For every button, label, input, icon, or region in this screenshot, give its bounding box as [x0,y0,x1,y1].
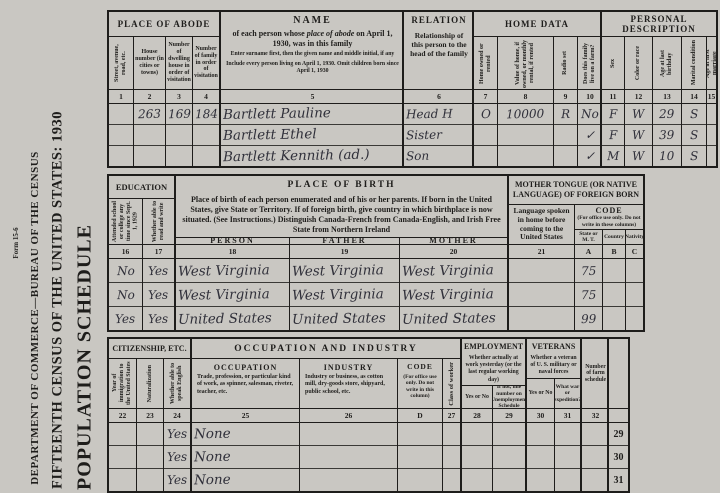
attended-school-header: Attended school or college any time sinc… [112,200,140,242]
attended-school-cell: Yes [109,306,142,330]
name-header: NAME of each person whose place of abode… [221,12,404,89]
race-cell: W [625,145,652,166]
farm-cell: ✓ [578,145,602,166]
col-language: Language spoken in home before coming to… [509,205,574,330]
col-number-16: 16 [109,244,142,259]
marital-cell: S [682,145,706,166]
education-title: EDUCATION [109,176,174,199]
occupation-cell: None [192,445,299,468]
col-number-3: 3 [166,89,192,104]
relation-cell: Head H [404,104,474,124]
dwelling-number-header: Number of dwelling house in order of vis… [166,37,192,89]
col-number-6: 6 [404,89,474,104]
read-write-header: Whether able to read and write [152,200,166,242]
radio-cell [554,145,577,166]
occupation-industry-title: OCCUPATION AND INDUSTRY [192,339,460,359]
code-b-cell [603,306,625,330]
age-cell: 39 [653,124,681,145]
col-letter-d: D [398,408,442,423]
line-number-spacer [609,408,628,423]
name-title: NAME [225,15,400,26]
war-expedition-header: What war or expedition? [555,379,580,408]
place-of-birth-desc: Place of birth of each person enumerated… [176,193,507,238]
birth-mother-cell: West Virginia [400,259,507,282]
citizenship-title: CITIZENSHIP, ETC. [109,339,190,359]
col-number-2: 2 [134,89,165,104]
speak-english-cell: Yes [164,423,190,445]
col-number-10: 10 [578,89,602,104]
speak-english-cell: Yes [164,468,190,491]
section-abode-name: PLACE OF ABODE Street, avenue, road, etc… [107,10,718,168]
age-first-marriage-cell [707,104,716,124]
group-place-of-birth: PLACE OF BIRTH Place of birth of each pe… [174,176,507,330]
col-number-31: 31 [555,408,580,423]
col-code-state: State or M. T. A 75 75 99 [575,230,602,330]
veteran-cell [527,445,554,468]
schedule-title: POPULATION SCHEDULE [74,224,97,490]
col-number-29: 29 [493,408,525,423]
farm-schedule-cell [582,423,609,445]
house-number-header: House number (in cities or towns) [134,37,165,89]
col-number-27: 27 [443,408,460,423]
speak-english-cell: Yes [164,445,190,468]
street-cell [109,124,133,145]
col-number-14: 14 [682,89,706,104]
col-age: Age at last birthday 13 29 39 10 [652,37,681,166]
code-title: CODE [577,206,641,215]
col-class-of-worker: Class of worker 27 [442,359,460,491]
col-unemployment-line: If not, line number on Unemployment Sche… [492,386,525,491]
farm-schedule-header: Number of farm schedule [582,339,609,408]
col-number-18: 18 [176,244,289,259]
naturalization-cell [137,445,163,468]
col-immigration-year: Year of immigration to the United States… [109,359,136,491]
col-read-write: Whether able to read and write 17 Yes Ye… [142,199,174,330]
street-cell [109,104,133,124]
group-education: EDUCATION Attended school or college any… [109,176,174,330]
col-color-race: Color or race 12 W W W [624,37,652,166]
col-number-17: 17 [143,244,174,259]
industry-cell [300,468,397,491]
unemployment-line-cell [493,445,525,468]
mother-tongue-title: MOTHER TONGUE (OR NATIVE LANGUAGE) OF FO… [509,176,643,205]
col-code-country: Country B [602,230,625,330]
col-speak-english: Whether able to speak English 24 Yes Yes… [163,359,190,491]
birth-person-cell: United States [176,306,289,330]
col-number-12: 12 [625,89,652,104]
name-cell: Bartlett Ethel [221,124,404,145]
col-letter-a: A [575,244,602,259]
at-work-cell [462,468,492,491]
code-note: (For office use only. Do not write in th… [577,215,641,228]
age-cell: 29 [653,104,681,124]
col-number-28: 28 [462,408,492,423]
home-value-cell [498,145,553,166]
farm-cell: ✓ [578,124,602,145]
name-desc-omit: Include every person living on April 1, … [225,61,400,75]
col-home-owned: Home owned or rented 7 O [474,37,497,166]
col-number-5: 5 [221,89,404,104]
col-war-expedition: What war or expedition? 31 [554,379,580,491]
farm-schedule-cell [582,445,609,468]
group-home-data: HOME DATA Home owned or rented 7 O Value… [472,12,600,166]
code-subgroup: CODE (For office use only. Do not write … [574,205,643,330]
group-citizenship: CITIZENSHIP, ETC. Year of immigration to… [109,339,190,491]
farm-header: Does this family live on a farm? [583,39,597,88]
group-mother-tongue: MOTHER TONGUE (OR NATIVE LANGUAGE) OF FO… [507,176,643,330]
home-owned-cell: O [474,104,497,124]
birth-person-cell: West Virginia [176,259,289,282]
at-work-cell [462,445,492,468]
col-attended-school: Attended school or college any time sinc… [109,199,142,330]
immigration-year-header: Year of immigration to the United States [112,360,133,406]
group-personal-description: PERSONAL DESCRIPTION Sex 11 F F M Color … [600,12,716,166]
group-place-of-abode: PLACE OF ABODE Street, avenue, road, etc… [109,12,219,166]
veteran-cell [527,423,554,445]
section-birth: EDUCATION Attended school or college any… [107,174,645,332]
col-number-1: 1 [109,89,133,104]
col-age-first-marriage: Age at first marriage 15 [706,37,716,166]
group-farm-schedule: Number of farm schedule 32 [580,339,607,491]
code-c-cell [626,282,643,306]
col-number-26: 26 [300,408,397,423]
birth-father-cell: United States [290,306,399,330]
col-number-11: 11 [602,89,624,104]
group-line-numbers: 29 30 31 [607,339,628,491]
home-value-cell [498,124,553,145]
col-dwelling-number: Number of dwelling house in order of vis… [165,37,192,166]
relation-header: RELATION Relationship of this person to … [404,12,474,89]
veteran-header: Yes or No [527,379,554,408]
class-of-worker-header: Class of worker [448,362,455,406]
naturalization-cell [137,423,163,445]
naturalization-header: Naturalization [147,365,154,402]
col-occupation-code: CODE (For office use only. Do not write … [397,359,442,491]
street-cell [109,145,133,166]
col-number-20: 20 [400,244,507,259]
unemployment-line-cell [493,468,525,491]
immigration-cell [109,445,136,468]
col-occupation: OCCUPATION Trade, profession, or particu… [192,359,299,491]
department-title: DEPARTMENT OF COMMERCE—BUREAU OF THE CEN… [29,151,41,485]
veterans-title: VETERANS [527,339,580,354]
place-of-birth-title: PLACE OF BIRTH [176,176,507,193]
col-number-7: 7 [474,89,497,104]
occupation-code-cell [398,468,442,491]
code-a-cell: 99 [575,306,602,330]
unemployment-line-header: If not, line number on Unemployment Sche… [493,386,525,408]
code-header: CODE (For office use only. Do not write … [575,205,643,230]
radio-cell: R [554,104,577,124]
street-header: Street, avenue, road, etc. [114,39,128,88]
code-a-cell: 75 [575,282,602,306]
line-number-header [609,339,628,408]
form-number: Form 15-6 [12,227,20,258]
occupation-code-note: (For office use only. Do not write in th… [401,374,439,400]
home-value-cell: 10000 [498,104,553,124]
war-cell [555,423,580,445]
home-owned-cell [474,145,497,166]
age-first-marriage-cell [707,124,716,145]
home-owned-header: Home owned or rented [479,39,493,88]
code-nativity-header: Nativity [626,230,643,244]
group-relation: RELATION Relationship of this person to … [402,12,472,166]
house-number-cell: 263 [134,104,165,124]
dwelling-cell: 169 [166,104,192,124]
speak-english-header: Whether able to speak English [170,360,184,406]
employment-title: EMPLOYMENT [462,339,525,354]
age-first-marriage-header: Age at first marriage [707,39,716,88]
marital-cell: S [682,104,706,124]
naturalization-cell [137,468,163,491]
col-number-22: 22 [109,408,136,423]
census-title: FIFTEENTH CENSUS OF THE UNITED STATES: 1… [50,111,67,489]
code-a-cell: 75 [575,259,602,282]
radio-set-header: Radio set [562,51,569,75]
line-number-cell: 29 [609,423,628,445]
personal-description-title: PERSONAL DESCRIPTION [602,12,716,37]
class-of-worker-cell [443,423,460,445]
class-of-worker-cell [443,445,460,468]
col-street: Street, avenue, road, etc. 1 [109,37,133,166]
section-occupation: CITIZENSHIP, ETC. Year of immigration to… [107,337,630,493]
code-state-header: State or M. T. [575,230,602,244]
at-work-header: Yes or No [462,386,492,408]
relation-cell: Son [404,145,474,166]
immigration-cell [109,468,136,491]
house-number-cell [134,124,165,145]
group-occupation-industry: OCCUPATION AND INDUSTRY OCCUPATION Trade… [190,339,460,491]
col-naturalization: Naturalization 23 [136,359,163,491]
col-number-19: 19 [290,244,399,259]
attended-school-cell: No [109,282,142,306]
family-number-cell [193,124,219,145]
employment-desc: Whether actually at work yesterday (or t… [462,354,525,386]
occupation-desc: Trade, profession, or particular kind of… [197,374,294,396]
industry-desc: Industry or business, as cotton mill, dr… [305,374,392,396]
col-radio-set: Radio set 9 R [553,37,577,166]
radio-cell [554,124,577,145]
code-b-cell [603,259,625,282]
col-veteran: Yes or No 30 [527,379,554,491]
house-number-cell [134,145,165,166]
occupation-code-cell [398,423,442,445]
dwelling-cell [166,145,192,166]
group-name: NAME of each person whose place of abode… [219,12,402,166]
color-race-header: Color or race [635,46,642,80]
relation-title: RELATION [408,15,470,25]
code-country-header: Country [603,230,625,244]
age-cell: 10 [653,145,681,166]
col-code-nativity: Nativity C [625,230,643,330]
name-desc-surname: Enter surname first, then the given name… [225,51,400,58]
sex-cell: F [602,104,624,124]
race-cell: W [625,124,652,145]
birth-mother-cell: United States [400,306,507,330]
race-cell: W [625,104,652,124]
col-number-21: 21 [509,244,574,259]
group-veterans: VETERANS Whether a veteran of U. S. mili… [525,339,580,491]
code-c-cell [626,259,643,282]
sex-header: Sex [610,59,617,68]
dwelling-cell [166,124,192,145]
language-header: Language spoken in home before coming to… [509,205,574,244]
group-employment: EMPLOYMENT Whether actually at work yest… [460,339,525,491]
language-cell [509,306,574,330]
age-first-marriage-cell [707,145,716,166]
col-marital: Marital condition 14 S S S [681,37,706,166]
family-number-cell [193,145,219,166]
col-number-25: 25 [192,408,299,423]
relation-cell: Sister [404,124,474,145]
home-data-title: HOME DATA [474,12,600,37]
family-number-header: Number of family in order of visitation [193,37,219,89]
col-industry: INDUSTRY Industry or business, as cotton… [299,359,397,491]
col-number-15: 15 [707,89,716,104]
col-number-30: 30 [527,408,554,423]
name-cell: Bartlett Kennith (ad.) [221,145,404,166]
unemployment-line-cell [493,423,525,445]
col-sex: Sex 11 F F M [602,37,624,166]
family-number-cell: 184 [193,104,219,124]
col-number-4: 4 [193,89,219,104]
line-number-cell: 31 [609,468,628,491]
sex-cell: M [602,145,624,166]
col-number-24: 24 [164,408,190,423]
col-house-number: House number (in cities or towns) 2 263 [133,37,165,166]
occupation-cell: None [192,423,299,445]
attended-school-cell: No [109,259,142,282]
col-birth-father: FATHER 19 West Virginia West Virginia Un… [289,238,399,330]
home-owned-cell [474,124,497,145]
read-write-cell: Yes [143,282,174,306]
birth-father-cell: West Virginia [290,259,399,282]
birth-father-cell: West Virginia [290,282,399,306]
marital-header: Marital condition [691,40,698,85]
home-value-header: Value of home, if owned, or monthly rent… [515,39,536,88]
col-number-32: 32 [582,408,609,423]
age-header: Age at last birthday [660,39,674,88]
place-of-abode-title: PLACE OF ABODE [109,12,219,37]
col-family-number: Number of family in order of visitation … [192,37,219,166]
col-letter-b: B [603,244,625,259]
col-farm: Does this family live on a farm? 10 No ✓… [577,37,602,166]
birth-mother-cell: West Virginia [400,282,507,306]
line-number-cell: 30 [609,445,628,468]
marital-cell: S [682,124,706,145]
read-write-cell: Yes [143,306,174,330]
col-number-9: 9 [554,89,577,104]
war-cell [555,468,580,491]
language-cell [509,259,574,282]
at-work-cell [462,423,492,445]
code-b-cell [603,282,625,306]
read-write-cell: Yes [143,259,174,282]
col-at-work: Yes or No 28 [462,386,492,491]
col-birth-person: PERSON 18 West Virginia West Virginia Un… [176,238,289,330]
name-cell: Bartlett Pauline [221,104,404,124]
col-number-13: 13 [653,89,681,104]
farm-cell: No [578,104,602,124]
occupation-subtitle: OCCUPATION [197,363,294,372]
col-number-23: 23 [137,408,163,423]
occupation-cell: None [192,468,299,491]
col-home-value: Value of home, if owned, or monthly rent… [497,37,553,166]
industry-cell [300,445,397,468]
farm-schedule-cell [582,468,609,491]
industry-cell [300,423,397,445]
col-number-8: 8 [498,89,553,104]
code-c-cell [626,306,643,330]
occupation-code-cell [398,445,442,468]
col-birth-mother: MOTHER 20 West Virginia West Virginia Un… [399,238,507,330]
immigration-cell [109,423,136,445]
birth-person-cell: West Virginia [176,282,289,306]
name-desc-main: of each person whose place of abode on A… [225,29,400,48]
veterans-desc: Whether a veteran of U. S. military or n… [527,354,580,379]
industry-subtitle: INDUSTRY [305,363,392,372]
relation-desc: Relationship of this person to the head … [408,31,470,58]
occupation-code-title: CODE [401,363,439,372]
language-cell [509,282,574,306]
col-letter-c: C [626,244,643,259]
class-of-worker-cell [443,468,460,491]
veteran-cell [527,468,554,491]
war-cell [555,445,580,468]
sex-cell: F [602,124,624,145]
